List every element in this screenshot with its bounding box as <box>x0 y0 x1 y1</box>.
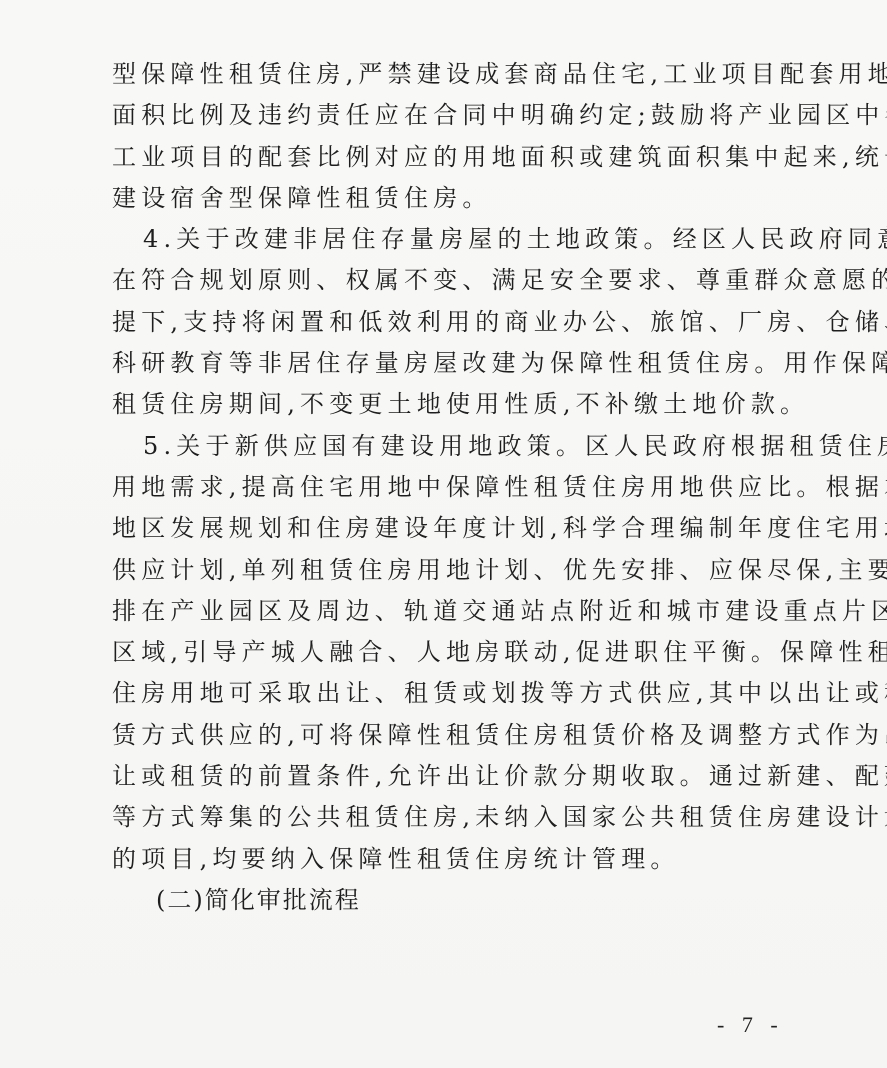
text-line: 赁方式供应的,可将保障性租赁住房租赁价格及调整方式作为出 <box>112 715 784 756</box>
text-line: 住房用地可采取出让、租赁或划拨等方式供应,其中以出让或租 <box>112 673 784 714</box>
text-line: 在符合规划原则、权属不变、满足安全要求、尊重群众意愿的前 <box>112 260 784 301</box>
paragraph-5-start: 5.关于新供应国有建设用地政策。区人民政府根据租赁住房 <box>112 426 784 467</box>
body-text: 型保障性租赁住房,严禁建设成套商品住宅,工业项目配套用地 面积比例及违约责任应在… <box>112 54 784 921</box>
text-line: 工业项目的配套比例对应的用地面积或建筑面积集中起来,统一 <box>112 137 784 178</box>
text-line: 供应计划,单列租赁住房用地计划、优先安排、应保尽保,主要安 <box>112 550 784 591</box>
text-line: 让或租赁的前置条件,允许出让价款分期收取。通过新建、配建 <box>112 756 784 797</box>
text-line: 科研教育等非居住存量房屋改建为保障性租赁住房。用作保障性 <box>112 343 784 384</box>
text-line: 区域,引导产城人融合、人地房联动,促进职住平衡。保障性租赁 <box>112 632 784 673</box>
text-line: 的项目,均要纳入保障性租赁住房统计管理。 <box>112 839 784 880</box>
text-line: 等方式筹集的公共租赁住房,未纳入国家公共租赁住房建设计划 <box>112 797 784 838</box>
text-line: 提下,支持将闲置和低效利用的商业办公、旅馆、厂房、仓储、 <box>112 302 784 343</box>
paragraph-4-start: 4.关于改建非居住存量房屋的土地政策。经区人民政府同意, <box>112 219 784 260</box>
document-page: 型保障性租赁住房,严禁建设成套商品住宅,工业项目配套用地 面积比例及违约责任应在… <box>0 0 887 1068</box>
text-line: 地区发展规划和住房建设年度计划,科学合理编制年度住宅用地 <box>112 508 784 549</box>
text-line: 用地需求,提高住宅用地中保障性租赁住房用地供应比。根据本 <box>112 467 784 508</box>
text-line: 排在产业园区及周边、轨道交通站点附近和城市建设重点片区等 <box>112 591 784 632</box>
text-line: 型保障性租赁住房,严禁建设成套商品住宅,工业项目配套用地 <box>112 54 784 95</box>
page-number: - 7 - <box>717 1012 784 1038</box>
text-line: 面积比例及违约责任应在合同中明确约定;鼓励将产业园区中各 <box>112 95 784 136</box>
text-line: 租赁住房期间,不变更土地使用性质,不补缴土地价款。 <box>112 384 784 425</box>
text-line: 建设宿舍型保障性租赁住房。 <box>112 178 784 219</box>
section-heading: (二)简化审批流程 <box>112 880 784 921</box>
